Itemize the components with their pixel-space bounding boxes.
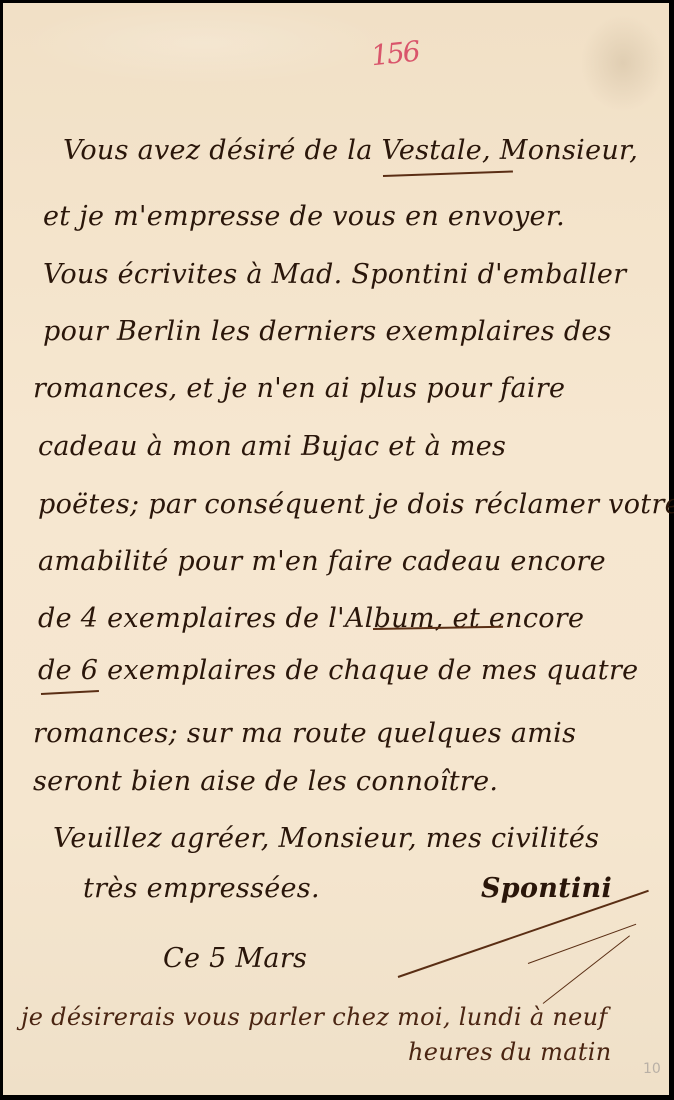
body-line-6: cadeau à mon ami Bujac et à mes [38, 431, 506, 462]
body-line-2: et je m'empresse de vous en envoyer. [43, 201, 565, 232]
body-line-1: Vous avez désiré de la Vestale, Monsieur… [63, 135, 638, 166]
body-line-10: de 6 exemplaires de chaque de mes quatre [38, 655, 638, 686]
body-line-4: pour Berlin les derniers exemplaires des [43, 316, 612, 347]
pencil-margin-mark: 10 [643, 1061, 661, 1077]
body-line-8: amabilité pour m'en faire cadeau encore [38, 546, 606, 577]
signature: Spontini [481, 873, 612, 904]
postscript-line-1: je désirerais vous parler chez moi, lund… [21, 1003, 608, 1031]
closing-line-1: Veuillez agréer, Monsieur, mes civilités [53, 823, 599, 854]
body-line-5: romances, et je n'en ai plus pour faire [33, 373, 565, 404]
signature-flourish-3 [543, 935, 630, 1004]
body-line-11: romances; sur ma route quelques amis [33, 718, 576, 749]
closing-line-2: très empressées. [83, 873, 320, 904]
body-line-1-text: Vous avez désiré de la Vestale, Monsieur… [63, 135, 638, 166]
page-number: 156 [369, 35, 420, 73]
date-line: Ce 5 Mars [163, 943, 307, 974]
letter-page: 156 Vous avez désiré de la Vestale, Mons… [3, 3, 669, 1095]
underline-vestale [383, 170, 513, 177]
body-line-3: Vous écrivites à Mad. Spontini d'emballe… [43, 259, 626, 290]
body-line-9: de 4 exemplaires de l'Album, et encore [38, 603, 584, 634]
postscript-line-2: heures du matin [408, 1038, 612, 1066]
body-line-12: seront bien aise de les connoître. [33, 766, 498, 797]
body-line-7: poëtes; par conséquent je dois réclamer … [38, 489, 674, 520]
underline-de-6 [41, 690, 99, 695]
